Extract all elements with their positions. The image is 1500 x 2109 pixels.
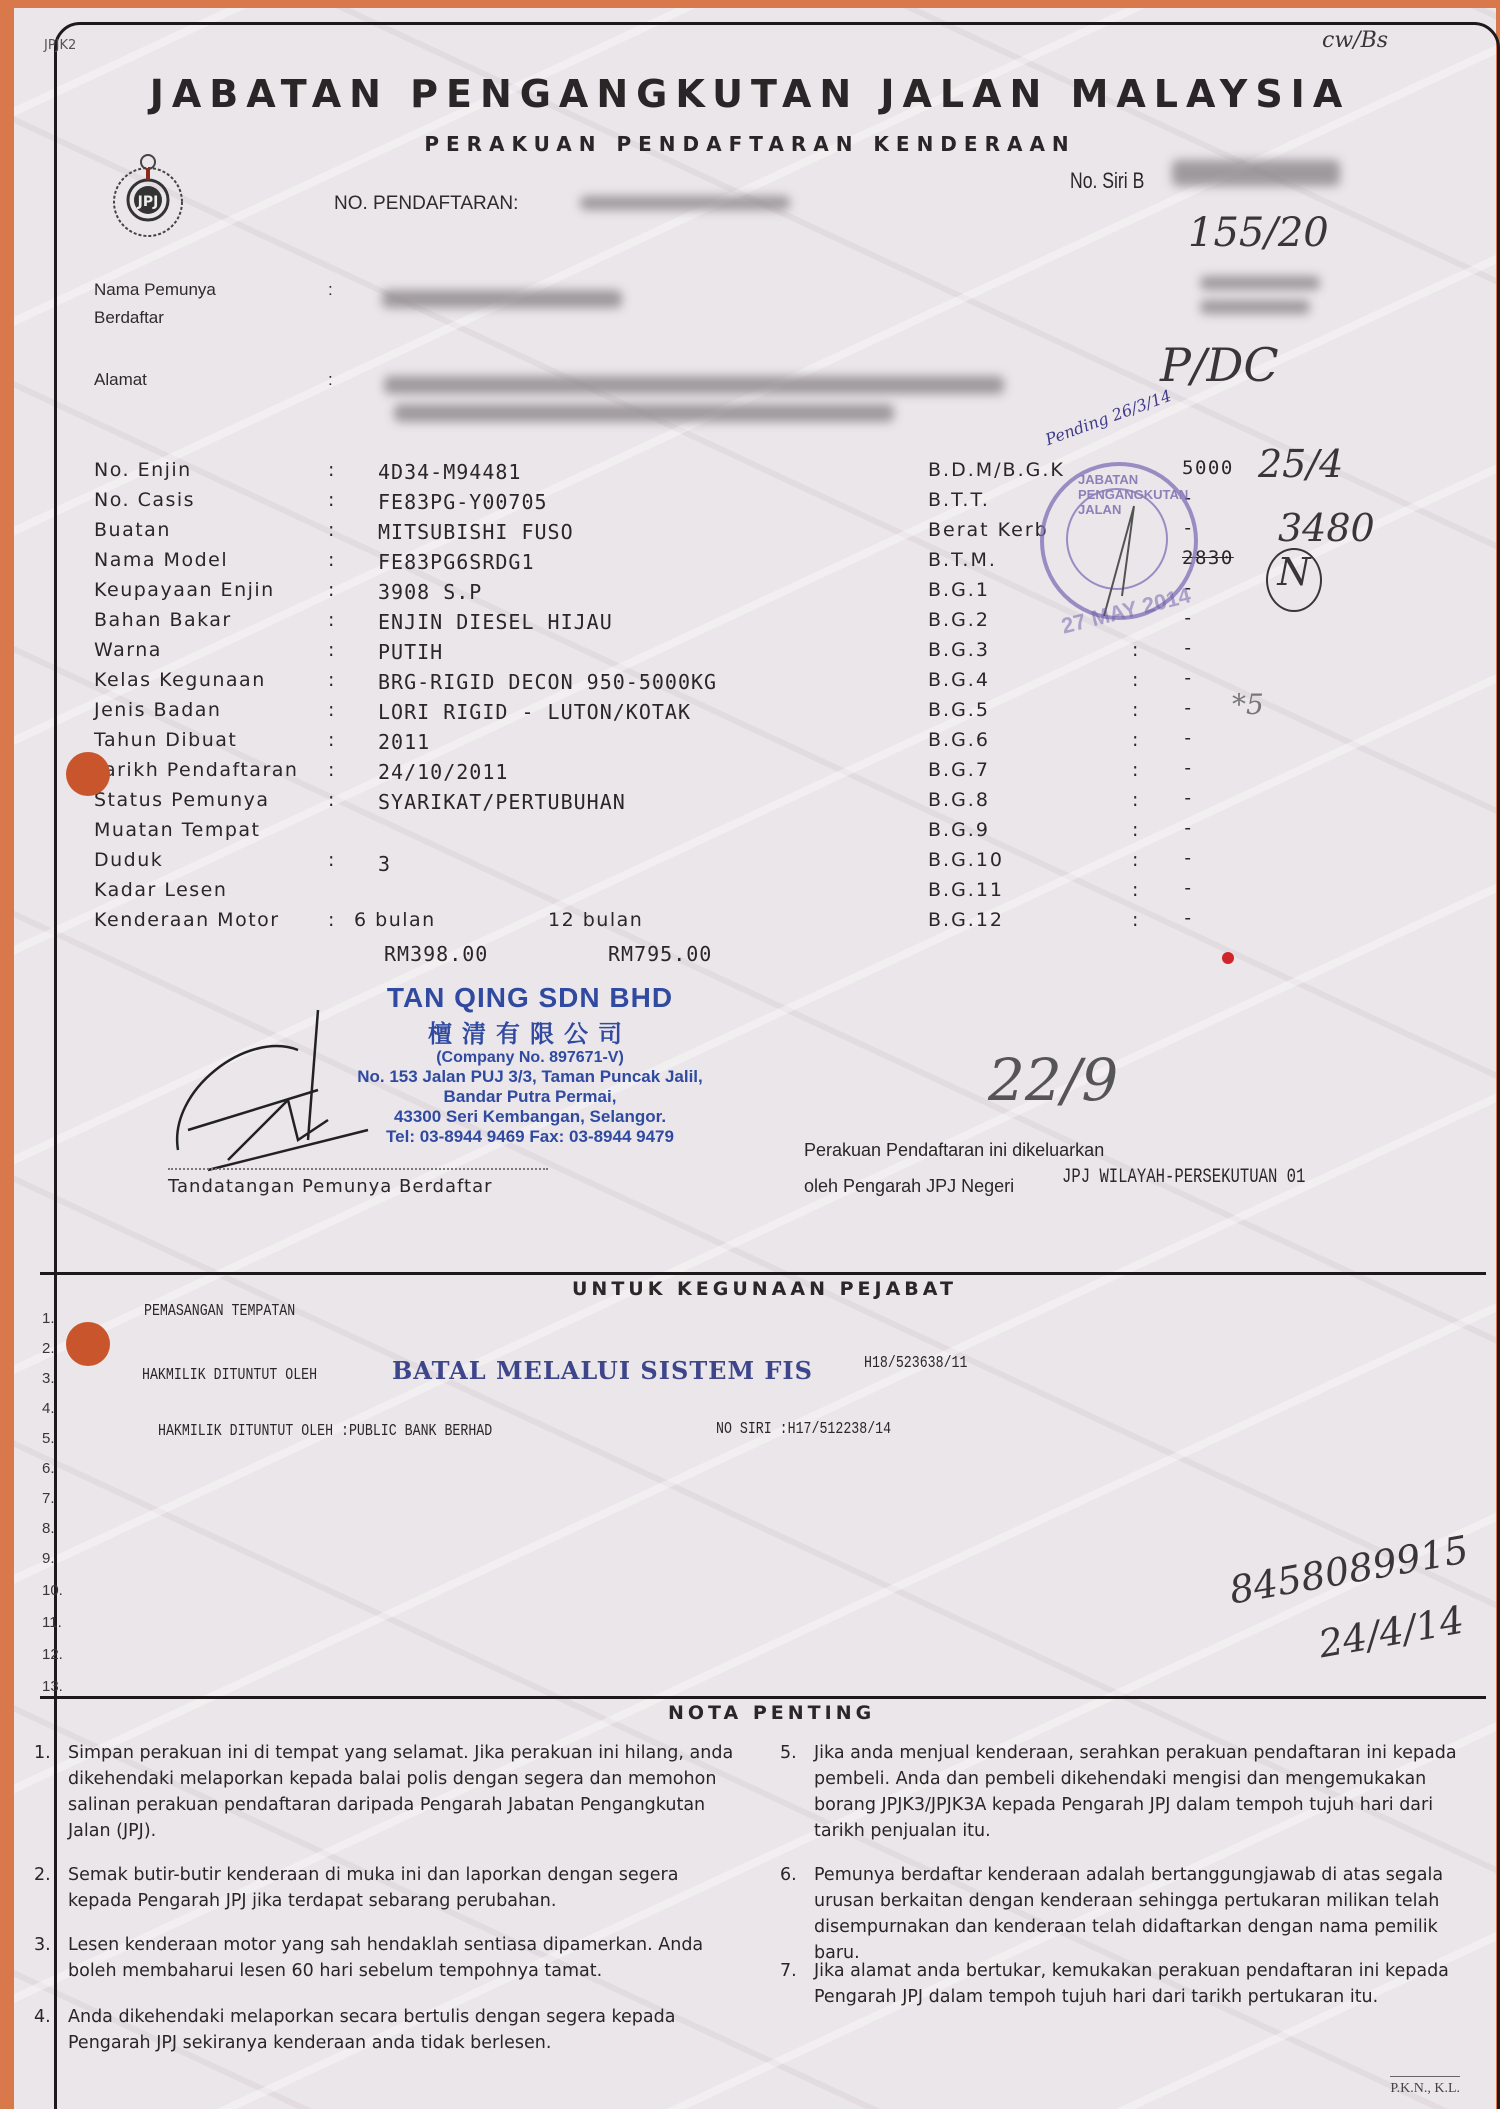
note-text: Pemunya berdaftar kenderaan adalah berta…: [814, 1862, 1486, 1966]
owner-status: SYARIKAT/PERTUBUHAN: [378, 790, 626, 814]
handwritten-star-5: *5: [1232, 688, 1264, 721]
line-number: 12.: [42, 1646, 63, 1663]
weight-colon: :: [1132, 638, 1140, 662]
detail-colon: :: [328, 578, 336, 602]
weight-value: -: [1182, 696, 1195, 720]
period-12-months: 12 bulan: [548, 908, 643, 932]
svg-text:JPJ: JPJ: [137, 194, 159, 210]
line-number: 13.: [42, 1678, 63, 1695]
registration-date: 24/10/2011: [378, 760, 508, 784]
weight-label: Berat Kerb: [928, 518, 1049, 542]
registration-number-label: NO. PENDAFTARAN:: [334, 193, 518, 215]
margin-redacted-1: [1200, 276, 1320, 290]
cancelled-stamp: BATAL MELALUI SISTEM FIS: [392, 1356, 813, 1385]
handwritten-date-22-9: 22/9: [988, 1046, 1118, 1114]
weight-colon: :: [1132, 788, 1140, 812]
detail-label: Tahun Dibuat: [94, 728, 237, 752]
owner-name-redacted: [382, 290, 622, 308]
detail-colon: :: [328, 788, 336, 812]
weight-value: -: [1182, 786, 1195, 810]
detail-colon: :: [328, 728, 336, 752]
usage-class: BRG-RIGID DECON 950-5000KG: [378, 670, 717, 694]
note-number: 4.: [34, 2004, 51, 2030]
line-number: 10.: [42, 1582, 63, 1599]
note-item: 3. Lesen kenderaan motor yang sah hendak…: [62, 1932, 732, 1984]
weight-label: B.G.10: [928, 848, 1004, 872]
address-line2-redacted: [394, 404, 894, 422]
weight-colon: :: [1132, 848, 1140, 872]
weight-colon: :: [1132, 818, 1140, 842]
note-item: 1. Simpan perakuan ini di tempat yang se…: [62, 1740, 732, 1844]
detail-label: Kadar Lesen: [94, 878, 227, 902]
note-number: 5.: [780, 1740, 797, 1766]
weight-label: B.G.3: [928, 638, 990, 662]
detail-colon: :: [328, 608, 336, 632]
line-number: 11.: [42, 1614, 62, 1631]
note-item: 6. Pemunya berdaftar kenderaan adalah be…: [808, 1862, 1480, 1966]
address-colon: :: [328, 366, 333, 394]
handwritten-circled-n: N: [1266, 548, 1322, 612]
weight-label: B.G.11: [928, 878, 1004, 902]
weight-value: -: [1182, 666, 1195, 690]
signature-line: [168, 1168, 548, 1170]
owner-name-label-line1: Nama Pemunya: [94, 276, 216, 304]
weight-value: -: [1182, 726, 1195, 750]
year-made: 2011: [378, 730, 430, 754]
model-name: FE83PG6SRDG1: [378, 550, 535, 574]
owner-name-label: Nama Pemunya Berdaftar: [94, 276, 216, 332]
weight-label: B.G.8: [928, 788, 990, 812]
detail-label: Kelas Kegunaan: [94, 668, 266, 692]
detail-label: Jenis Badan: [94, 698, 221, 722]
detail-colon: :: [328, 908, 336, 932]
line-number: 8.: [42, 1520, 55, 1537]
line-number: 4.: [42, 1400, 55, 1417]
note-number: 6.: [780, 1862, 797, 1888]
footer-printer-code: P.K.N., K.L.: [1390, 2076, 1460, 2097]
detail-label: No. Casis: [94, 488, 195, 512]
form-code: JPJK2: [44, 38, 76, 53]
note-text: Simpan perakuan ini di tempat yang selam…: [68, 1740, 738, 1844]
line-number: 6.: [42, 1460, 55, 1477]
seating-capacity: 3: [378, 852, 391, 876]
body-type: LORI RIGID - LUTON/KOTAK: [378, 700, 691, 724]
handwritten-initials: cw/Bs: [1322, 28, 1388, 53]
owner-name-label-line2: Berdaftar: [94, 304, 216, 332]
office-entry-local-assembly: PEMASANGAN TEMPATAN: [144, 1302, 295, 1321]
weight-label: B.T.T.: [928, 488, 990, 512]
weight-colon: :: [1132, 728, 1140, 752]
handwritten-kerb-weight: 3480: [1278, 506, 1375, 550]
detail-colon: :: [328, 548, 336, 572]
weight-colon: :: [1132, 668, 1140, 692]
weight-value: -: [1182, 906, 1195, 930]
detail-colon: :: [328, 668, 336, 692]
note-text: Lesen kenderaan motor yang sah hendaklah…: [68, 1932, 738, 1984]
detail-label: Status Pemunya: [94, 788, 270, 812]
weight-colon: :: [1132, 908, 1140, 932]
line-number: 2.: [42, 1340, 55, 1357]
period-6-months: 6 bulan: [354, 908, 436, 932]
registration-number-redacted: [580, 196, 790, 210]
weight-value: -: [1182, 846, 1195, 870]
weight-value: -: [1182, 876, 1195, 900]
detail-label: No. Enjin: [94, 458, 192, 482]
weight-label: B.G.1: [928, 578, 990, 602]
note-item: 5. Jika anda menjual kenderaan, serahkan…: [808, 1740, 1480, 1844]
detail-label: Muatan Tempat: [94, 818, 260, 842]
weight-colon: :: [1132, 698, 1140, 722]
issued-by-line-1: Perakuan Pendaftaran ini dikeluarkan: [804, 1140, 1104, 1161]
note-text: Anda dikehendaki melaporkan secara bertu…: [68, 2004, 738, 2056]
note-text: Semak butir-butir kenderaan di muka ini …: [68, 1862, 738, 1914]
detail-label: Warna: [94, 638, 162, 662]
red-ink-mark: [1222, 952, 1234, 964]
office-entry-ownership-claim-2: HAKMILIK DITUNTUT OLEH :PUBLIC BANK BERH…: [158, 1422, 492, 1441]
detail-colon: :: [328, 848, 336, 872]
weight-value: -: [1182, 816, 1195, 840]
office-entry-serial-1: H18/523638/11: [864, 1354, 967, 1373]
weight-label: B.G.5: [928, 698, 990, 722]
note-text: Jika alamat anda bertukar, kemukakan per…: [814, 1958, 1486, 2010]
issued-by-line-2: oleh Pengarah JPJ Negeri: [804, 1176, 1014, 1197]
fuel-type: ENJIN DIESEL HIJAU: [378, 610, 613, 634]
notes-title: NOTA PENTING: [668, 1702, 875, 1724]
detail-colon: :: [328, 698, 336, 722]
detail-label: Keupayaan Enjin: [94, 578, 275, 602]
detail-label: Buatan: [94, 518, 171, 542]
punch-hole-mark: [66, 1322, 110, 1366]
handwritten-date-25-4: 25/4: [1258, 442, 1343, 486]
weight-label: B.G.2: [928, 608, 990, 632]
detail-label: Bahan Bakar: [94, 608, 232, 632]
detail-label: Nama Model: [94, 548, 228, 572]
serial-number-label: No. Siri B: [1070, 168, 1144, 194]
weight-label: B.G.12: [928, 908, 1004, 932]
weight-label: B.G.6: [928, 728, 990, 752]
note-item: 2. Semak butir-butir kenderaan di muka i…: [62, 1862, 732, 1914]
detail-label: Tarikh Pendaftaran: [94, 758, 298, 782]
office-entry-serial-2: NO SIRI :H17/512238/14: [716, 1420, 891, 1439]
weight-colon: :: [1132, 758, 1140, 782]
jpj-crest-icon: JPJ: [108, 150, 188, 246]
make: MITSUBISHI FUSO: [378, 520, 574, 544]
detail-colon: :: [328, 638, 336, 662]
signature-label: Tandatangan Pemunya Berdaftar: [168, 1176, 493, 1197]
margin-redacted-2: [1200, 300, 1310, 314]
line-number: 5.: [42, 1430, 55, 1447]
owner-name-colon: :: [328, 276, 333, 304]
punch-hole-mark: [66, 752, 110, 796]
address-label: Alamat: [94, 366, 147, 394]
engine-number: 4D34-M94481: [378, 460, 521, 484]
engine-capacity: 3908 S.P: [378, 580, 482, 604]
note-item: 4. Anda dikehendaki melaporkan secara be…: [62, 2004, 732, 2056]
note-number: 3.: [34, 1932, 51, 1958]
note-number: 1.: [34, 1740, 51, 1766]
note-number: 2.: [34, 1862, 51, 1888]
handwritten-ref: 155/20: [1188, 210, 1329, 256]
office-entry-ownership-claim-1: HAKMILIK DITUNTUT OLEH: [142, 1366, 317, 1385]
rate-12-months: RM795.00: [608, 942, 712, 966]
line-number: 9.: [42, 1550, 55, 1567]
rate-6-months: RM398.00: [384, 942, 488, 966]
line-number: 7.: [42, 1490, 55, 1507]
owner-signature-icon: [168, 990, 408, 1190]
notes-divider: [40, 1696, 1486, 1699]
weight-value: -: [1182, 636, 1195, 660]
license-rate-label: Kenderaan Motor: [94, 908, 280, 932]
weight-colon: :: [1132, 878, 1140, 902]
weight-label: B.G.9: [928, 818, 990, 842]
handwritten-pidc: P/DC: [1160, 338, 1279, 392]
colour: PUTIH: [378, 640, 443, 664]
detail-colon: :: [328, 518, 336, 542]
note-text: Jika anda menjual kenderaan, serahkan pe…: [814, 1740, 1486, 1844]
address-line1-redacted: [384, 376, 1004, 394]
chassis-number: FE83PG-Y00705: [378, 490, 548, 514]
issuing-office: JPJ WILAYAH-PERSEKUTUAN 01: [1062, 1166, 1305, 1189]
line-number: 1.: [42, 1310, 55, 1327]
office-use-title: UNTUK KEGUNAAN PEJABAT: [572, 1278, 957, 1300]
detail-colon: :: [328, 758, 336, 782]
office-use-divider: [40, 1272, 1486, 1275]
document-subtitle: PERAKUAN PENDAFTARAN KENDERAAN: [0, 132, 1500, 156]
document-title: JABATAN PENGANGKUTAN JALAN MALAYSIA: [0, 72, 1500, 116]
serial-number-redacted: [1172, 160, 1340, 186]
line-number: 3.: [42, 1370, 55, 1387]
note-item: 7. Jika alamat anda bertukar, kemukakan …: [808, 1958, 1480, 2010]
detail-colon: :: [328, 488, 336, 512]
detail-colon: :: [328, 458, 336, 482]
weight-value: -: [1182, 756, 1195, 780]
weight-label: B.G.7: [928, 758, 990, 782]
weight-label: B.G.4: [928, 668, 990, 692]
detail-label: Duduk: [94, 848, 163, 872]
note-number: 7.: [780, 1958, 797, 1984]
weight-label: B.T.M.: [928, 548, 997, 572]
